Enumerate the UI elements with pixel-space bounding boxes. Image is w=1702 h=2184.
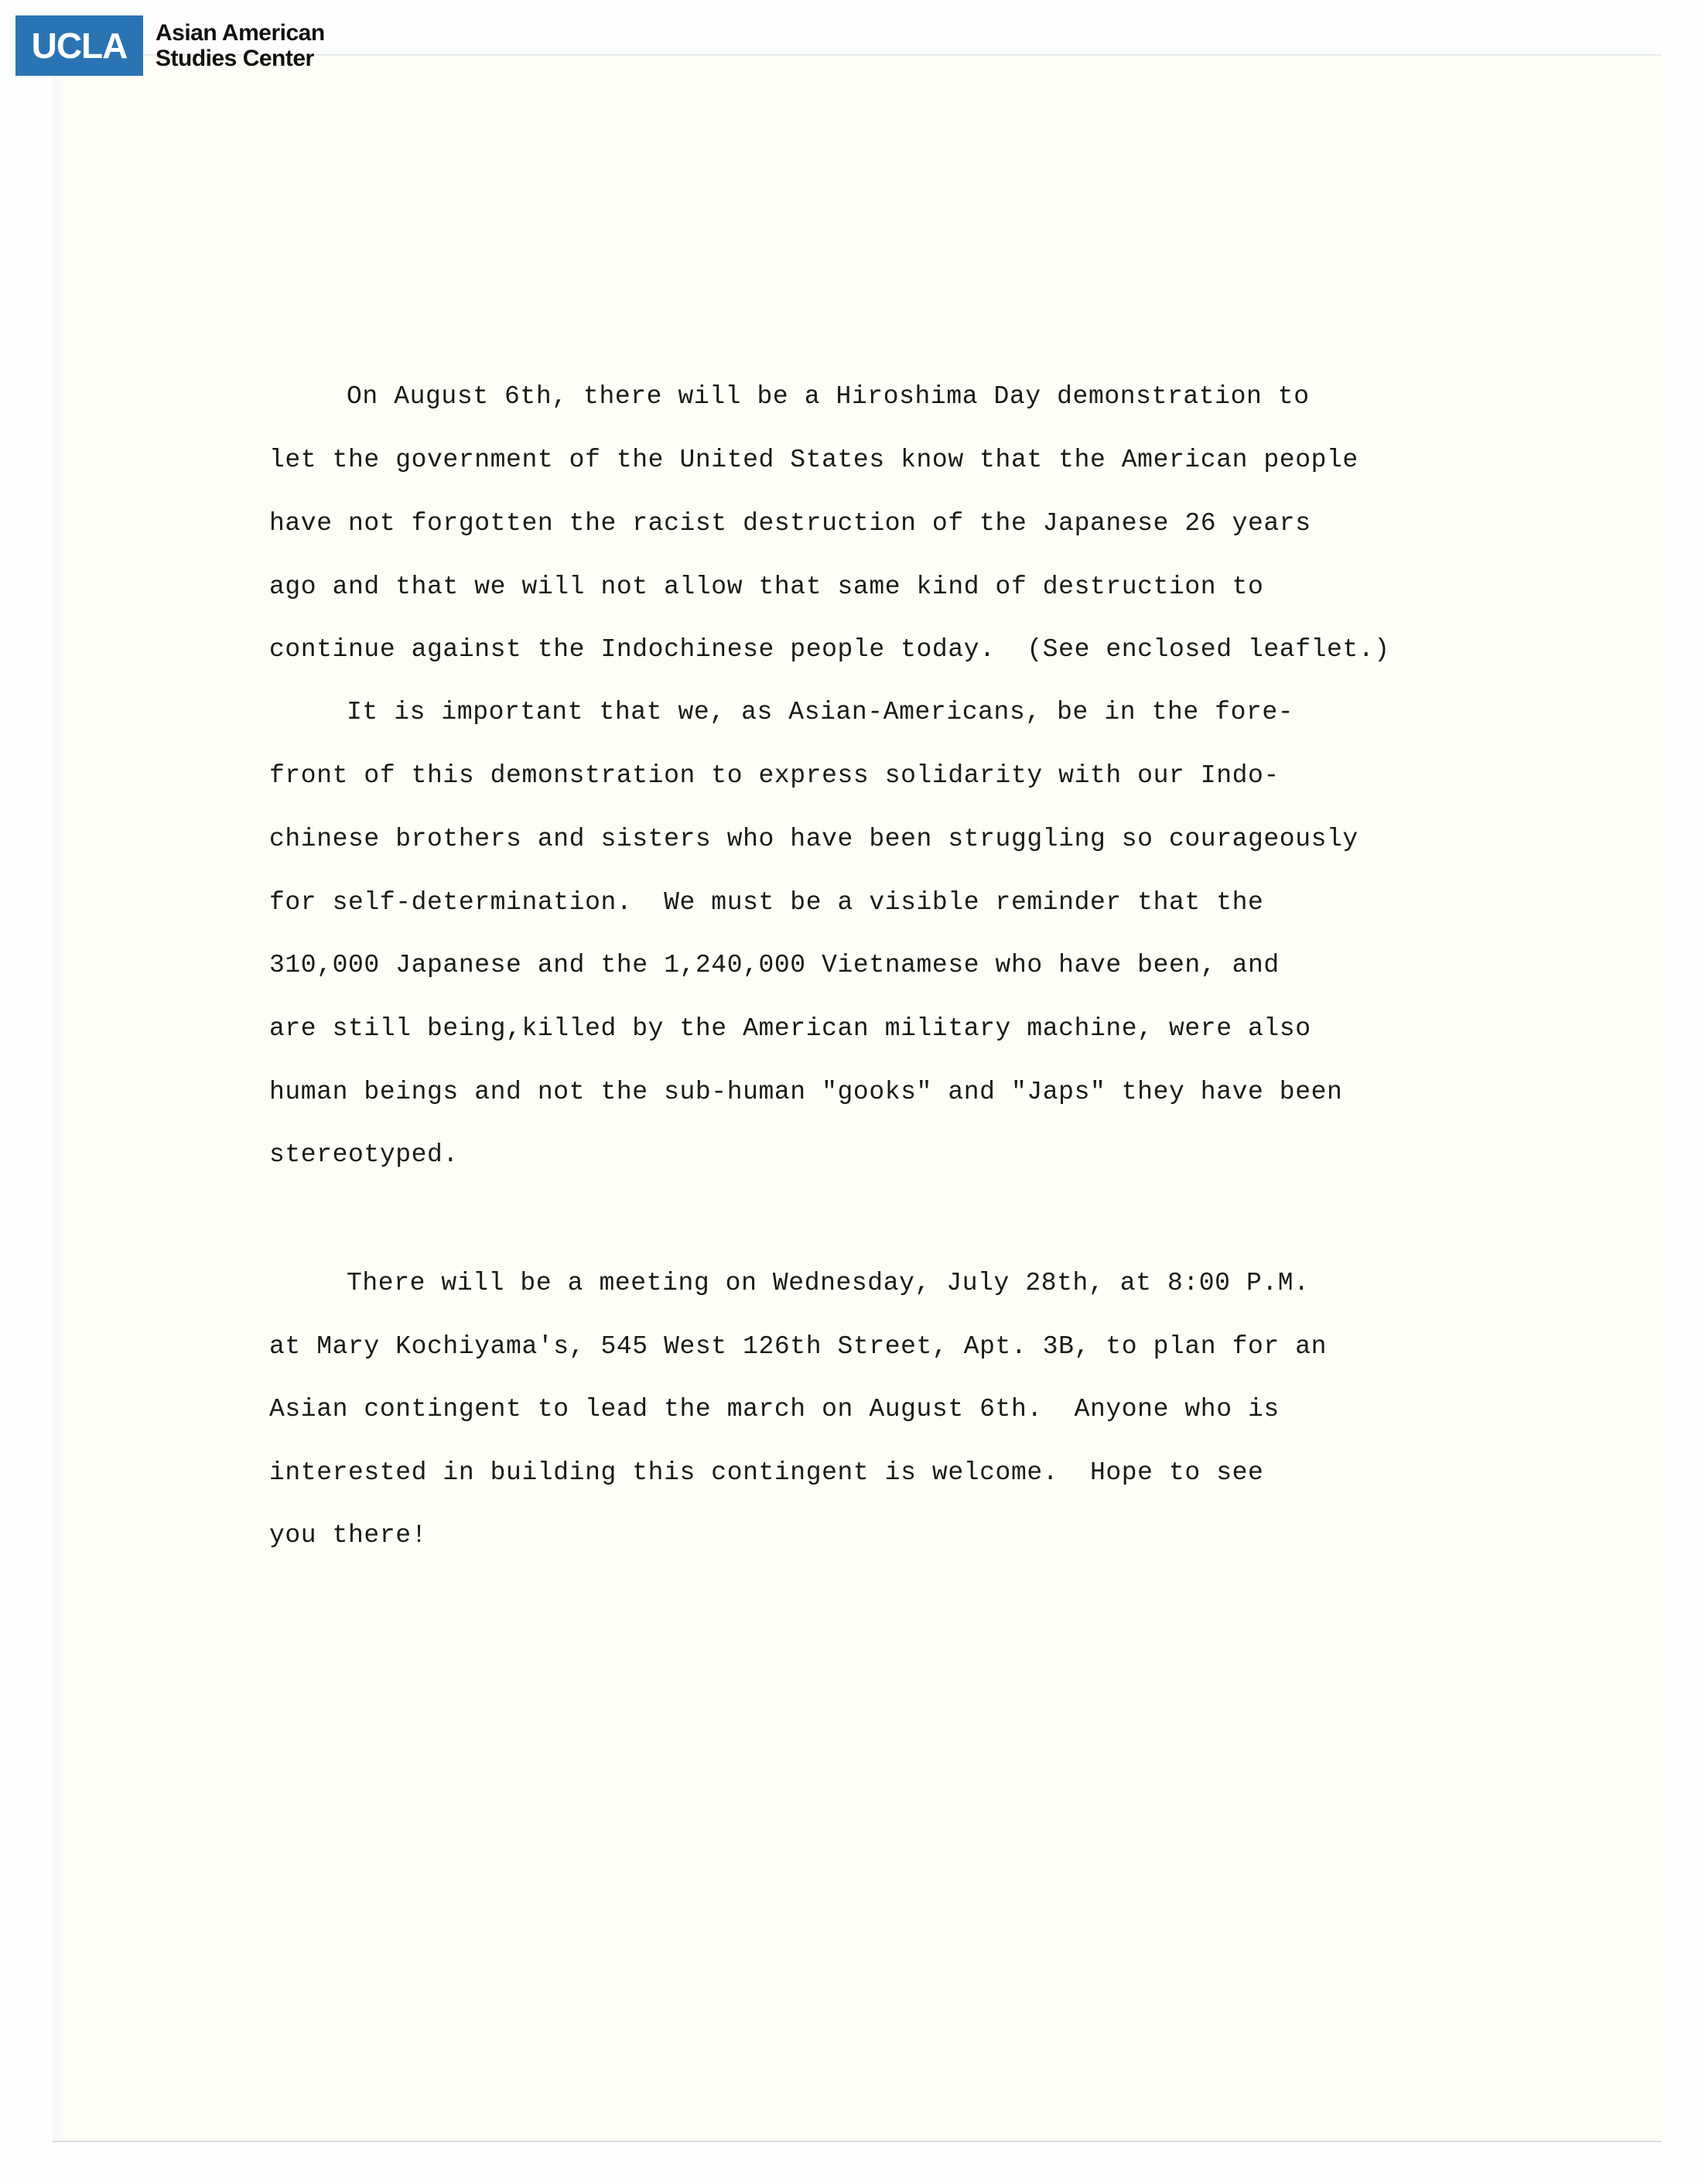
paragraph-2-line-1: It is important that we, as Asian-Americ… [347, 698, 1294, 726]
paragraph-2-line-8: stereotyped. [269, 1140, 459, 1169]
paragraph-3-line-4: interested in building this contingent i… [269, 1458, 1263, 1487]
center-name-line2: Studies Center [156, 46, 325, 71]
paragraph-2-line-4: for self-determination. We must be a vis… [269, 888, 1263, 917]
paragraph-2-line-6: are still being,killed by the American m… [269, 1014, 1311, 1043]
paragraph-3-line-1: There will be a meeting on Wednesday, Ju… [347, 1269, 1310, 1297]
center-name-line1: Asian American [156, 20, 325, 46]
paragraph-2-line-3: chinese brothers and sisters who have be… [269, 825, 1359, 853]
paragraph-1-line-2: let the government of the United States … [269, 446, 1359, 474]
paragraph-2-line-5: 310,000 Japanese and the 1,240,000 Vietn… [269, 951, 1280, 979]
paragraph-1-line-1: On August 6th, there will be a Hiroshima… [347, 382, 1310, 411]
paragraph-2-line-7: human beings and not the sub-human "gook… [269, 1078, 1342, 1106]
paragraph-3-line-3: Asian contingent to lead the march on Au… [269, 1395, 1280, 1424]
ucla-logo-mark: UCLA [15, 15, 143, 76]
paragraph-3-line-5: you there! [269, 1521, 427, 1550]
paragraph-1-line-5: continue against the Indochinese people … [269, 635, 1390, 664]
letter-body: On August 6th, there will be a Hiroshima… [0, 0, 1702, 2184]
ucla-aasc-logo: UCLA Asian American Studies Center [15, 15, 325, 76]
paragraph-3-line-2: at Mary Kochiyama's, 545 West 126th Stre… [269, 1332, 1327, 1361]
paragraph-2-line-2: front of this demonstration to express s… [269, 761, 1280, 790]
center-name: Asian American Studies Center [156, 20, 325, 71]
paragraph-1-line-3: have not forgotten the racist destructio… [269, 509, 1311, 538]
paragraph-1-line-4: ago and that we will not allow that same… [269, 572, 1263, 601]
